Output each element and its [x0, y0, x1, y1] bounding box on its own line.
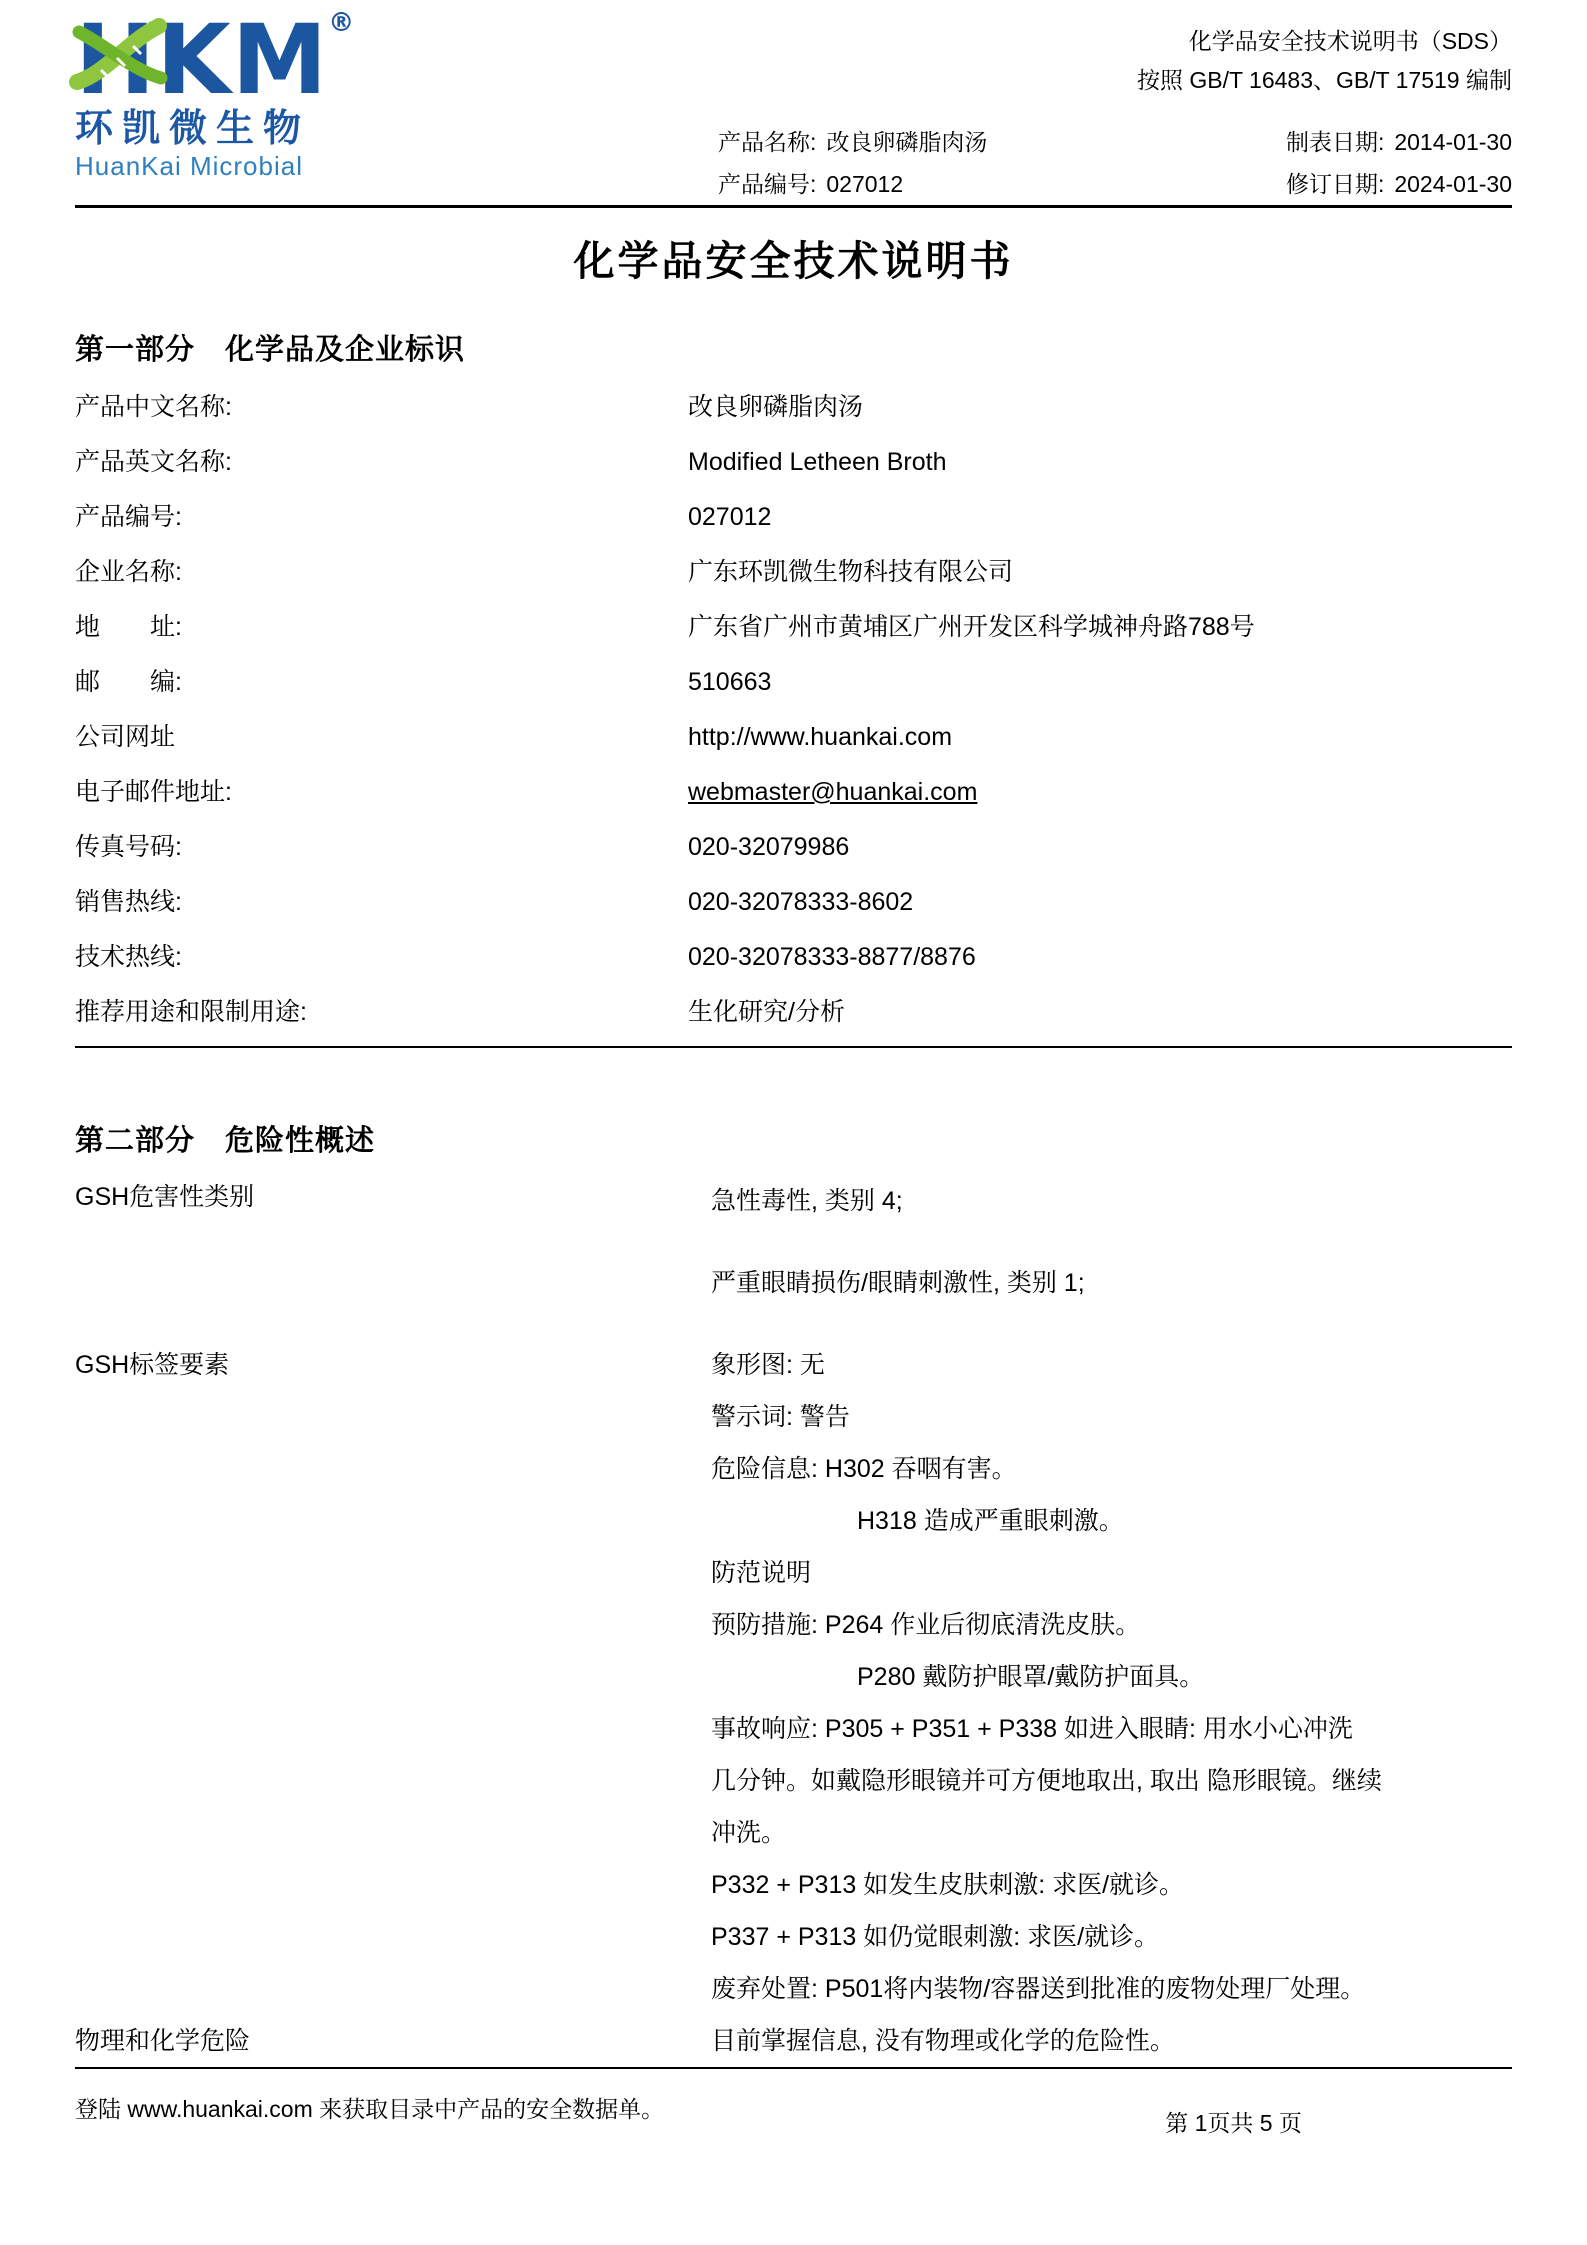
product-name-value: 改良卵磷脂肉汤 [826, 129, 987, 155]
logo-english-name: HuanKai Microbial [75, 153, 354, 179]
website-url: http://www.huankai.com [688, 710, 1512, 765]
product-code-value: 027012 [826, 171, 903, 197]
physchem-hazard-row: 物理和化学危险 目前掌握信息, 没有物理或化学的危险性。 [75, 2015, 1512, 2067]
label-elements-row: GSH标签要素 象形图: 无 警示词: 警告 危险信息: H302 吞咽有害。 … [75, 1339, 1512, 2015]
field-value: 广东环凯微生物科技有限公司 [688, 545, 1512, 600]
field-value: 广东省广州市黄埔区广州开发区科学城神舟路788号 [688, 600, 1512, 655]
compilation-standard: 按照 GB/T 16483、GB/T 17519 编制 [1137, 61, 1512, 100]
field-label: 产品编号: [75, 490, 688, 545]
field-row: 公司网址 http://www.huankai.com [75, 710, 1512, 765]
label-elements-line: 危险信息: H302 吞咽有害。 [711, 1443, 1512, 1495]
product-code-label: 产品编号: [718, 171, 816, 197]
field-label: 推荐用途和限制用途: [75, 985, 688, 1040]
physchem-hazard-label: 物理和化学危险 [75, 2015, 711, 2067]
physchem-hazard-value: 目前掌握信息, 没有物理或化学的危险性。 [711, 2015, 1512, 2067]
logo-hkm-text: HKM [75, 4, 328, 116]
label-elements-line: 预防措施: P264 作业后彻底清洗皮肤。 [711, 1599, 1512, 1651]
hazard-class-line: 严重眼睛损伤/眼睛刺激性, 类别 1; [711, 1257, 1512, 1309]
section-2-hazards: 第二部分 危险性概述 GSH危害性类别 急性毒性, 类别 4; 严重眼睛损伤/眼… [75, 1118, 1512, 2067]
page-footer: 登陆 www.huankai.com 来获取目录中产品的安全数据单。 第 1页共… [75, 2067, 1512, 2138]
field-row: 地 址: 广东省广州市黄埔区广州开发区科学城神舟路788号 [75, 600, 1512, 655]
section-divider [75, 1046, 1512, 1048]
email-link[interactable]: webmaster@huankai.com [688, 765, 1512, 820]
revised-date-label: 修订日期: [1286, 171, 1384, 197]
field-label: 技术热线: [75, 930, 688, 985]
section-1-identification: 第一部分 化学品及企业标识 产品中文名称: 改良卵磷脂肉汤 产品英文名称: Mo… [75, 327, 1512, 1048]
section-1-heading: 第一部分 化学品及企业标识 [75, 327, 1512, 368]
company-logo: HKM® 环凯微生物 HuanKai Microbial [75, 10, 354, 179]
header-created-date: 制表日期:2014-01-30 [1286, 124, 1512, 157]
label-elements-line: P337 + P313 如仍觉眼刺激: 求医/就诊。 [711, 1911, 1512, 1963]
field-value: 020-32079986 [688, 820, 1512, 875]
field-row: 企业名称: 广东环凯微生物科技有限公司 [75, 545, 1512, 600]
label-elements-line: 几分钟。如戴隐形眼镜并可方便地取出, 取出 隐形眼镜。继续 [711, 1755, 1512, 1807]
page-header: HKM® 环凯微生物 HuanKai Microbial 化学品安全技术说明书（… [75, 0, 1512, 208]
field-value: Modified Letheen Broth [688, 435, 1512, 490]
field-label: 销售热线: [75, 875, 688, 930]
label-elements-line: 冲洗。 [711, 1807, 1512, 1859]
field-label: 传真号码: [75, 820, 688, 875]
label-elements-line: P280 戴防护眼罩/戴防护面具。 [711, 1651, 1512, 1703]
field-label: 电子邮件地址: [75, 765, 688, 820]
field-label: 企业名称: [75, 545, 688, 600]
header-product-name: 产品名称:改良卵磷脂肉汤 [718, 124, 987, 157]
field-value: 生化研究/分析 [688, 985, 1512, 1040]
field-row: 产品中文名称: 改良卵磷脂肉汤 [75, 380, 1512, 435]
field-row: 推荐用途和限制用途: 生化研究/分析 [75, 985, 1512, 1040]
registered-trademark-icon: ® [328, 8, 354, 38]
field-value: 改良卵磷脂肉汤 [688, 380, 1512, 435]
label-elements-values: 象形图: 无 警示词: 警告 危险信息: H302 吞咽有害。 H318 造成严… [711, 1339, 1512, 2015]
sds-document-page: HKM® 环凯微生物 HuanKai Microbial 化学品安全技术说明书（… [0, 0, 1587, 2245]
footer-content: 登陆 www.huankai.com 来获取目录中产品的安全数据单。 第 1页共… [75, 2069, 1512, 2138]
label-elements-line: 防范说明 [711, 1547, 1512, 1599]
field-row: 销售热线: 020-32078333-8602 [75, 875, 1512, 930]
label-elements-line: 废弃处置: P501将内装物/容器送到批准的废物处理厂处理。 [711, 1963, 1512, 2015]
document-title: 化学品安全技术说明书 [75, 228, 1512, 287]
field-value: 027012 [688, 490, 1512, 545]
label-elements-line: 事故响应: P305 + P351 + P338 如进入眼睛: 用水小心冲洗 [711, 1703, 1512, 1755]
field-row: 产品英文名称: Modified Letheen Broth [75, 435, 1512, 490]
label-elements-label: GSH标签要素 [75, 1339, 711, 2015]
hazard-class-line: 急性毒性, 类别 4; [711, 1175, 1512, 1227]
field-label: 产品英文名称: [75, 435, 688, 490]
sds-doc-type: 化学品安全技术说明书（SDS） [1137, 22, 1512, 61]
document-meta-block: 化学品安全技术说明书（SDS） 按照 GB/T 16483、GB/T 17519… [1137, 22, 1512, 100]
field-row: 邮 编: 510663 [75, 655, 1512, 710]
created-date-label: 制表日期: [1286, 129, 1384, 155]
footer-note: 登陆 www.huankai.com 来获取目录中产品的安全数据单。 [75, 2091, 664, 2138]
field-row: 产品编号: 027012 [75, 490, 1512, 545]
field-label: 邮 编: [75, 655, 688, 710]
field-value: 020-32078333-8877/8876 [688, 930, 1512, 985]
field-label: 公司网址 [75, 710, 688, 765]
field-row: 电子邮件地址: webmaster@huankai.com [75, 765, 1512, 820]
header-revised-date: 修订日期:2024-01-30 [1286, 166, 1512, 199]
section-2-heading: 第二部分 危险性概述 [75, 1118, 1512, 1159]
field-row: 传真号码: 020-32079986 [75, 820, 1512, 875]
revised-date-value: 2024-01-30 [1394, 171, 1512, 197]
hazard-class-row: GSH危害性类别 急性毒性, 类别 4; 严重眼睛损伤/眼睛刺激性, 类别 1; [75, 1171, 1512, 1339]
hazard-class-values: 急性毒性, 类别 4; 严重眼睛损伤/眼睛刺激性, 类别 1; [711, 1171, 1512, 1339]
logo-mark: HKM® [75, 10, 354, 106]
field-row: 技术热线: 020-32078333-8877/8876 [75, 930, 1512, 985]
field-label: 地 址: [75, 600, 688, 655]
hazard-class-label: GSH危害性类别 [75, 1171, 711, 1339]
field-label: 产品中文名称: [75, 380, 688, 435]
field-value: 020-32078333-8602 [688, 875, 1512, 930]
label-elements-line: 警示词: 警告 [711, 1391, 1512, 1443]
label-elements-line: H318 造成严重眼刺激。 [711, 1495, 1512, 1547]
created-date-value: 2014-01-30 [1394, 129, 1512, 155]
label-elements-line: 象形图: 无 [711, 1339, 1512, 1391]
page-number: 第 1页共 5 页 [1165, 2091, 1512, 2138]
label-elements-line: P332 + P313 如发生皮肤刺激: 求医/就诊。 [711, 1859, 1512, 1911]
product-name-label: 产品名称: [718, 129, 816, 155]
header-product-code: 产品编号:027012 [718, 166, 903, 199]
field-value: 510663 [688, 655, 1512, 710]
